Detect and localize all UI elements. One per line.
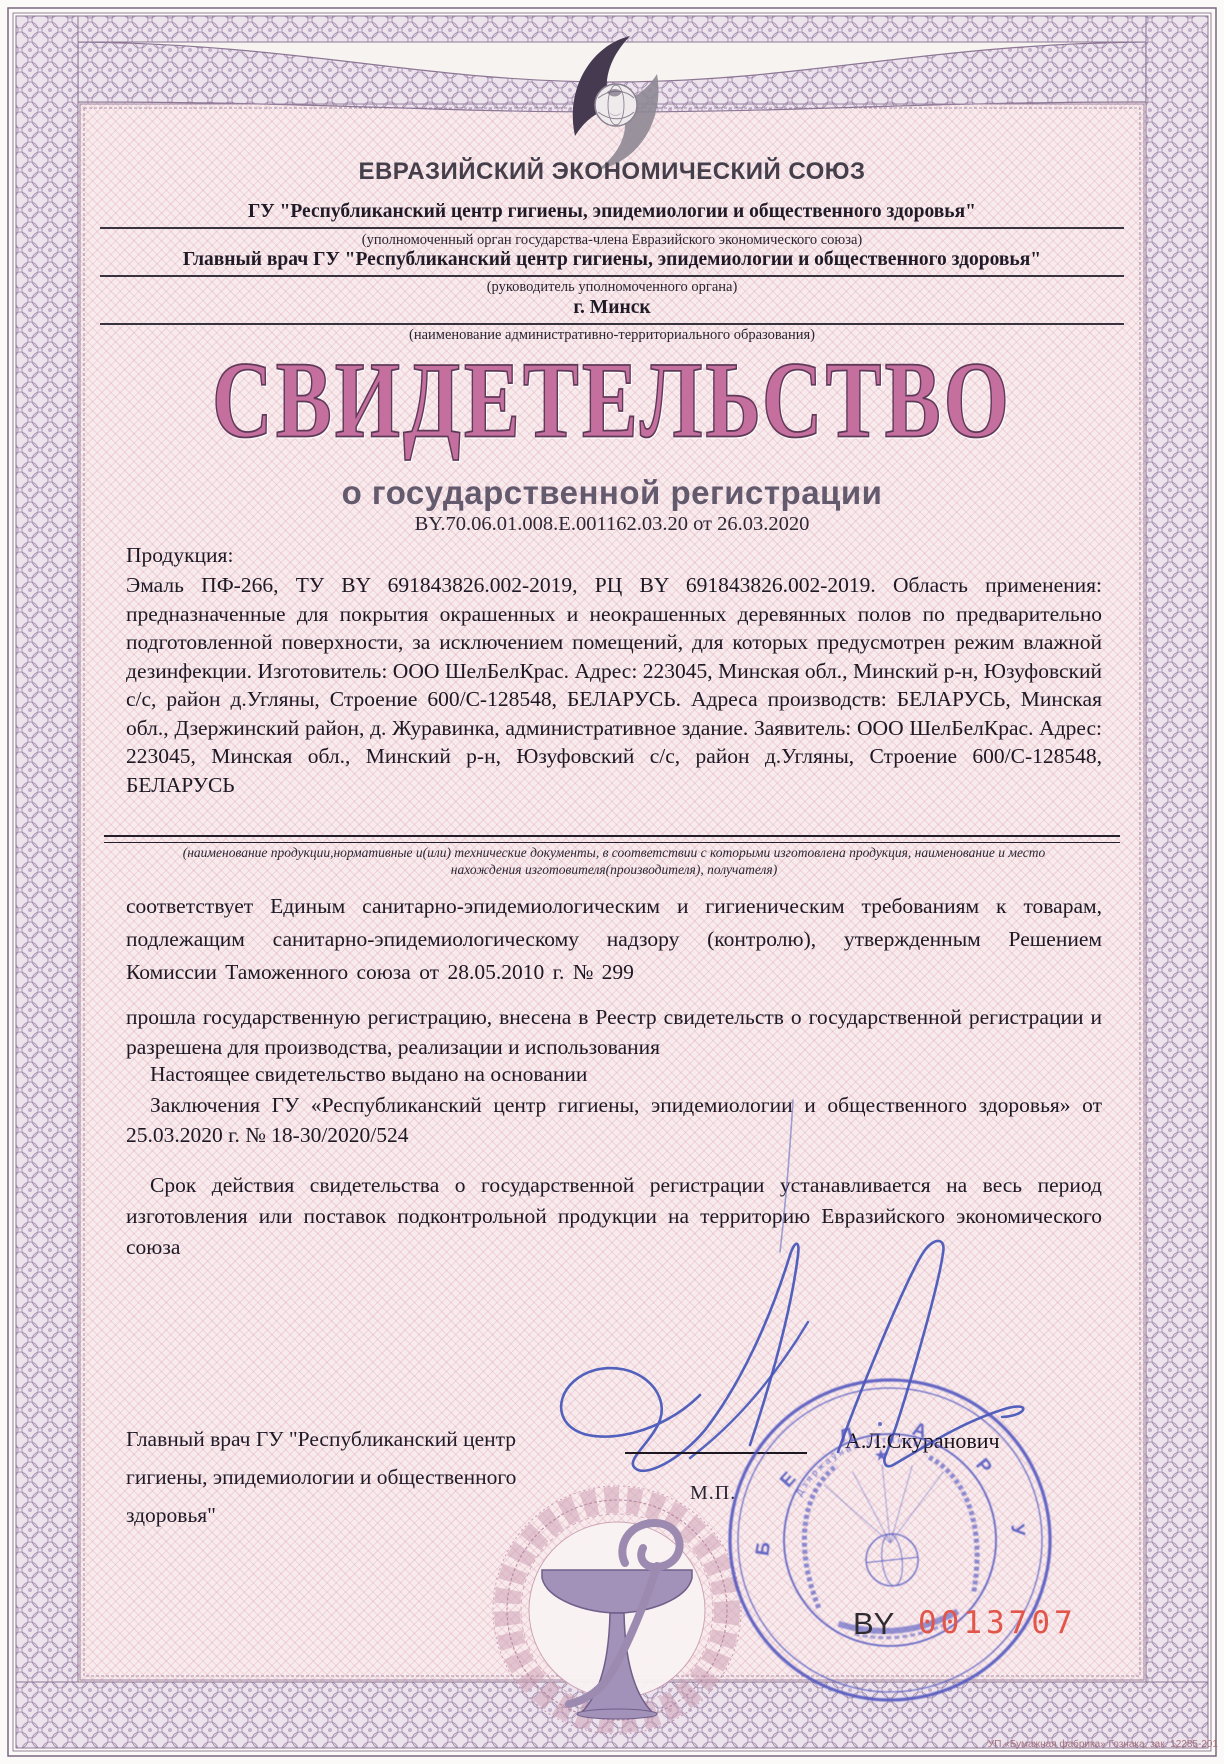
rule-under-head-official <box>100 275 1124 277</box>
authorized-body-caption: (уполномоченный орган государства-члена … <box>100 232 1124 249</box>
conformity-statement: соответствует Единым санитарно-эпидемиол… <box>126 890 1102 989</box>
certificate-number: BY.70.06.01.008.E.001162.03.20 от 26.03.… <box>100 513 1124 536</box>
product-description: Эмаль ПФ-266, ТУ BY 691843826.002-2019, … <box>126 571 1102 799</box>
certificate-title: СВИДЕТЕЛЬСТВО <box>100 337 1124 463</box>
basis-intro: Настоящее свидетельство выдано на основа… <box>126 1062 1102 1087</box>
registration-statement: прошла государственную регистрацию, внес… <box>126 1002 1102 1062</box>
authorized-body-line: ГУ "Республиканский центр гигиены, эпиде… <box>100 201 1124 223</box>
city-line: г. Минск <box>100 297 1124 319</box>
eaeu-logo-icon <box>535 28 700 178</box>
product-caption: (наименование продукции,нормативные и(ил… <box>148 844 1080 878</box>
union-title: ЕВРАЗИЙСКИЙ ЭКОНОМИЧЕСКИЙ СОЮЗ <box>100 158 1124 186</box>
product-label: Продукция: <box>126 543 1102 568</box>
certificate-subtitle: о государственной регистрации <box>100 474 1124 512</box>
head-official-line: Главный врач ГУ "Республиканский центр г… <box>100 249 1124 271</box>
rule-under-authorized-body <box>100 227 1124 229</box>
serial-number: 0013707 <box>918 1605 1077 1641</box>
head-official-caption: (руководитель уполномоченного органа) <box>100 279 1124 296</box>
heavy-rule <box>104 835 1120 843</box>
printer-note: УП «Бумажная фабрика» Гознака, зак. 1228… <box>988 1739 1218 1750</box>
rule-under-city <box>100 323 1124 325</box>
round-seal-stamp: Б Е Л А Р У С Ь · Дзяржаўная ўстанова · … <box>715 1368 1065 1713</box>
svg-text:★: ★ <box>873 1447 889 1465</box>
certificate-page: ЕВРАЗИЙСКИЙ ЭКОНОМИЧЕСКИЙ СОЮЗ ГУ "Респу… <box>0 0 1224 1764</box>
serial-prefix: BY <box>853 1606 894 1642</box>
